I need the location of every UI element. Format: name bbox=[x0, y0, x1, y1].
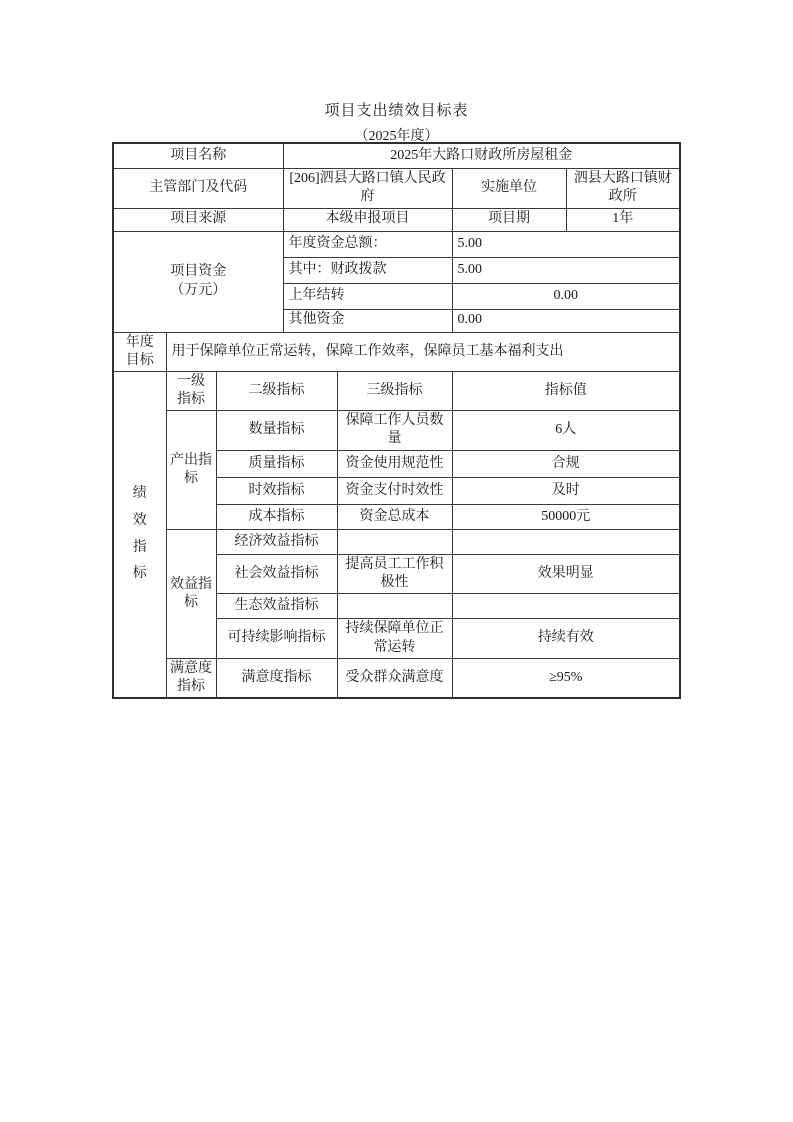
satisfaction-group-cell: 满意度指标 bbox=[166, 659, 216, 699]
sustainability-indicator-l3-cell: 持续保障单位正常运转 bbox=[337, 619, 452, 659]
impl-unit-label-cell: 实施单位 bbox=[452, 168, 566, 208]
funding-fiscal-label-cell: 其中：财政拨款 bbox=[283, 257, 452, 283]
project-period-value-cell: 1年 bbox=[566, 208, 680, 231]
annual-goal-text-cell: 用于保障单位正常运转，保障工作效率，保障员工基本福利支出 bbox=[166, 332, 680, 371]
performance-indicator-label: 绩效指标 bbox=[132, 481, 147, 587]
funding-total-value-cell: 5.00 bbox=[452, 231, 680, 257]
quantity-indicator-value-cell: 6人 bbox=[452, 411, 680, 450]
cost-indicator-l3-cell: 资金总成本 bbox=[337, 504, 452, 529]
social-benefit-l3-cell: 提高员工工作积极性 bbox=[337, 554, 452, 593]
timeliness-indicator-cell: 时效指标 bbox=[216, 477, 337, 504]
page-title: 项目支出绩效目标表 bbox=[0, 99, 793, 120]
header-level1-cell: 一级 指标 bbox=[166, 371, 216, 410]
funding-other-label-cell: 其他资金 bbox=[283, 309, 452, 332]
ecological-benefit-l3-cell bbox=[337, 594, 452, 619]
header-level2-cell: 二级指标 bbox=[216, 371, 337, 410]
ecological-benefit-cell: 生态效益指标 bbox=[216, 594, 337, 619]
economic-benefit-value-cell bbox=[452, 529, 680, 554]
economic-benefit-l3-cell bbox=[337, 529, 452, 554]
funding-fiscal-value-cell: 5.00 bbox=[452, 257, 680, 283]
dept-code-label-cell: 主管部门及代码 bbox=[113, 168, 283, 208]
output-indicator-group-cell: 产出指标 bbox=[166, 411, 216, 529]
project-source-value-cell: 本级申报项目 bbox=[283, 208, 452, 231]
timeliness-indicator-value-cell: 及时 bbox=[452, 477, 680, 504]
timeliness-indicator-l3-cell: 资金支付时效性 bbox=[337, 477, 452, 504]
social-benefit-cell: 社会效益指标 bbox=[216, 554, 337, 593]
economic-benefit-cell: 经济效益指标 bbox=[216, 529, 337, 554]
header-value-cell: 指标值 bbox=[452, 371, 680, 410]
project-name-value-cell: 2025年大路口财政所房屋租金 bbox=[283, 143, 680, 168]
benefit-indicator-group-cell: 效益指标 bbox=[166, 529, 216, 658]
funding-total-label-cell: 年度资金总额： bbox=[283, 231, 452, 257]
cost-indicator-value-cell: 50000元 bbox=[452, 504, 680, 529]
project-period-label-cell: 项目期 bbox=[452, 208, 566, 231]
ecological-benefit-value-cell bbox=[452, 594, 680, 619]
header-level3-cell: 三级指标 bbox=[337, 371, 452, 410]
project-name-label-cell: 项目名称 bbox=[113, 143, 283, 168]
funding-carryover-value-cell: 0.00 bbox=[452, 283, 680, 309]
performance-indicator-label-cell: 绩效指标 bbox=[113, 371, 166, 698]
satisfaction-indicator-cell: 满意度指标 bbox=[216, 659, 337, 699]
satisfaction-indicator-l3-cell: 受众群众满意度 bbox=[337, 659, 452, 699]
cost-indicator-cell: 成本指标 bbox=[216, 504, 337, 529]
quality-indicator-cell: 质量指标 bbox=[216, 450, 337, 477]
quality-indicator-value-cell: 合规 bbox=[452, 450, 680, 477]
sustainability-indicator-value-cell: 持续有效 bbox=[452, 619, 680, 659]
quantity-indicator-cell: 数量指标 bbox=[216, 411, 337, 450]
quantity-indicator-l3-cell: 保障工作人员数量 bbox=[337, 411, 452, 450]
dept-code-value-cell: [206]泗县大路口镇人民政府 bbox=[283, 168, 452, 208]
social-benefit-value-cell: 效果明显 bbox=[452, 554, 680, 593]
performance-target-table: 项目名称 2025年大路口财政所房屋租金 主管部门及代码 [206]泗县大路口镇… bbox=[112, 142, 681, 699]
funding-carryover-label-cell: 上年结转 bbox=[283, 283, 452, 309]
impl-unit-value-cell: 泗县大路口镇财政所 bbox=[566, 168, 680, 208]
quality-indicator-l3-cell: 资金使用规范性 bbox=[337, 450, 452, 477]
project-source-label-cell: 项目来源 bbox=[113, 208, 283, 231]
sustainability-indicator-cell: 可持续影响指标 bbox=[216, 619, 337, 659]
funding-other-value-cell: 0.00 bbox=[452, 309, 680, 332]
annual-goal-label-cell: 年度 目标 bbox=[113, 332, 166, 371]
satisfaction-indicator-value-cell: ≥95% bbox=[452, 659, 680, 699]
project-funding-label-cell: 项目资金 （万元） bbox=[113, 231, 283, 332]
